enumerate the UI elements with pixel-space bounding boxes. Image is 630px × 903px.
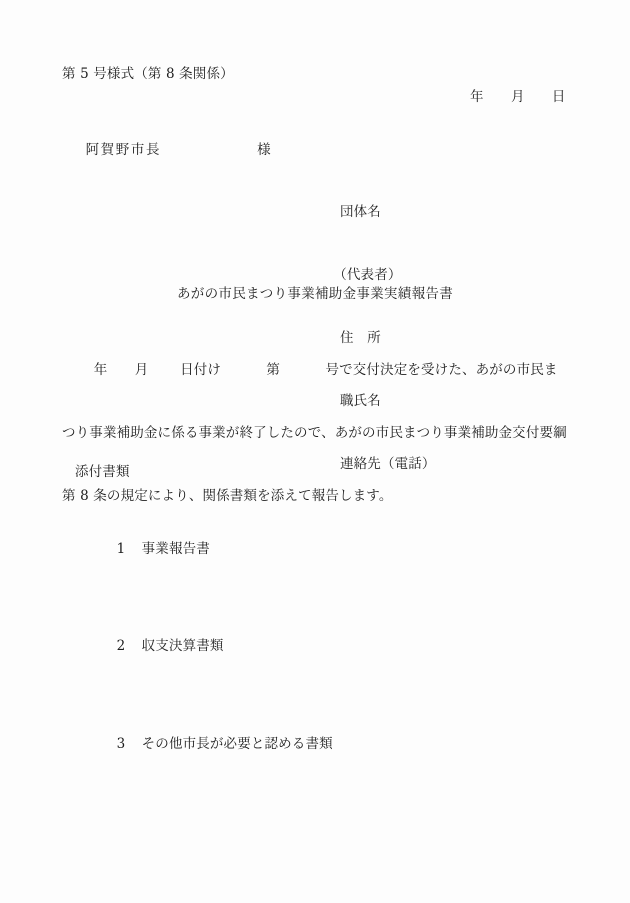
- attachment-item-label: その他市長が必要と認める書類: [142, 736, 333, 752]
- sender-organization-label: 団体名: [340, 202, 436, 223]
- body-line: 年 月 日付け 第 号で交付決定を受けた、あがの市民ま: [62, 360, 567, 381]
- attachments-section: 添付書類 1事業報告書 2収支決算書類 3その他市長が必要と認める書類: [62, 424, 333, 812]
- attachment-item: 1事業報告書: [90, 521, 333, 579]
- recipient-name: 阿賀野市長: [86, 142, 162, 158]
- attachments-heading: 添付書類: [75, 463, 333, 482]
- attachment-item: 3その他市長が必要と認める書類: [90, 715, 333, 773]
- document-title: あがの市民まつり事業補助金事業実績報告書: [0, 282, 630, 302]
- attachment-item-number: 3: [117, 735, 142, 754]
- attachment-item-label: 収支決算書類: [142, 638, 224, 654]
- attachment-item: 2収支決算書類: [90, 618, 333, 676]
- document-page: 第 5 号様式（第 8 条関係） 年 月 日 阿賀野市長様 団体名 （代表者） …: [0, 0, 630, 903]
- attachment-item-number: 1: [117, 540, 142, 559]
- recipient-honorific: 様: [257, 142, 272, 158]
- recipient-line: 阿賀野市長様: [62, 122, 272, 174]
- attachment-item-number: 2: [117, 637, 142, 656]
- form-number-label: 第 5 号様式（第 8 条関係）: [62, 62, 234, 82]
- attachment-item-label: 事業報告書: [142, 541, 210, 557]
- date-fill-in-line: 年 月 日: [470, 85, 566, 105]
